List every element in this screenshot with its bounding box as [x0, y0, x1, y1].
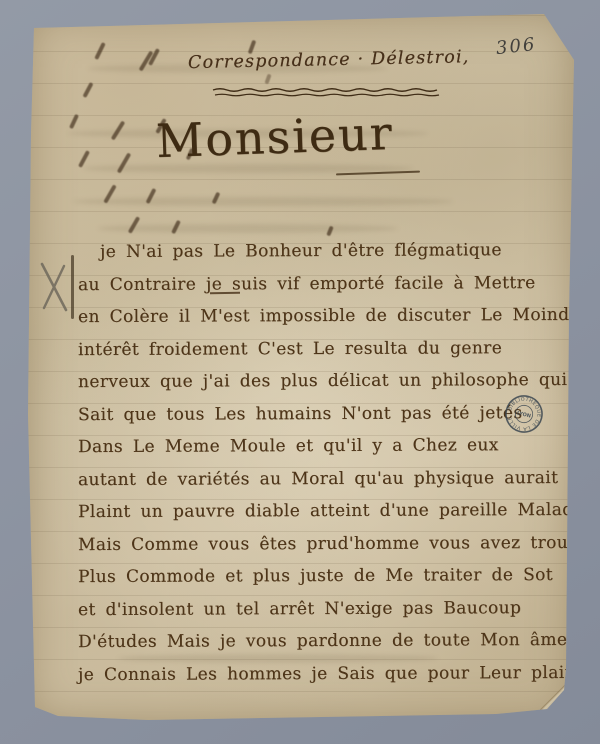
letter-line: au Contraire je suis vif emporté facile …: [78, 266, 566, 301]
ink-bleed-mark: [69, 114, 79, 129]
ink-bleed-mark: [82, 82, 93, 98]
letter-line: Mais Comme vous êtes prud'homme vous ave…: [78, 526, 566, 561]
letter-line: Dans Le Meme Moule et qu'il y a Chez eux: [78, 429, 566, 464]
letter-line: nerveux que j'ai des plus délicat un phi…: [78, 364, 566, 399]
ink-ghost: [98, 224, 398, 233]
salutation: Monsieur: [155, 106, 394, 168]
margin-rule-mark: [71, 255, 74, 319]
ink-bleed-mark: [264, 74, 271, 85]
letter-header: Correspondance · Délestroi,: [188, 47, 488, 73]
letter-line: et d'insolent un tel arrêt N'exige pas B…: [78, 591, 566, 626]
letter-page: 306 Correspondance · Délestroi, Monsieur…: [28, 14, 574, 722]
letter-line: autant de variétés au Moral qu'au physiq…: [78, 461, 566, 496]
letter-line: je Connais Les hommes je Sais que pour L…: [78, 656, 566, 691]
ink-bleed-mark: [94, 42, 105, 60]
letter-body: je N'ai pas Le Bonheur d'être flégmatiqu…: [78, 235, 566, 690]
ink-bleed-mark: [78, 150, 90, 168]
letter-line: en Colère il M'est impossible de discute…: [78, 299, 566, 334]
letter-line: Plus Commode et plus juste de Me traiter…: [78, 559, 566, 594]
letter-line: intérêt froidement C'est Le resulta du g…: [78, 331, 566, 366]
letter-line: Sait que tous Les humains N'ont pas été …: [78, 396, 566, 431]
ink-ghost: [73, 197, 453, 206]
stamp-center-text: LYON: [516, 410, 531, 419]
letter-line: Plaint un pauvre diable atteint d'une pa…: [78, 494, 566, 529]
header-underline-flourish: [211, 84, 443, 100]
letter-line: D'études Mais je vous pardonne de toute …: [78, 624, 566, 659]
margin-x-mark: [39, 261, 71, 313]
page-number: 306: [495, 34, 537, 59]
letter-line: je N'ai pas Le Bonheur d'être flégmatiqu…: [78, 234, 566, 269]
